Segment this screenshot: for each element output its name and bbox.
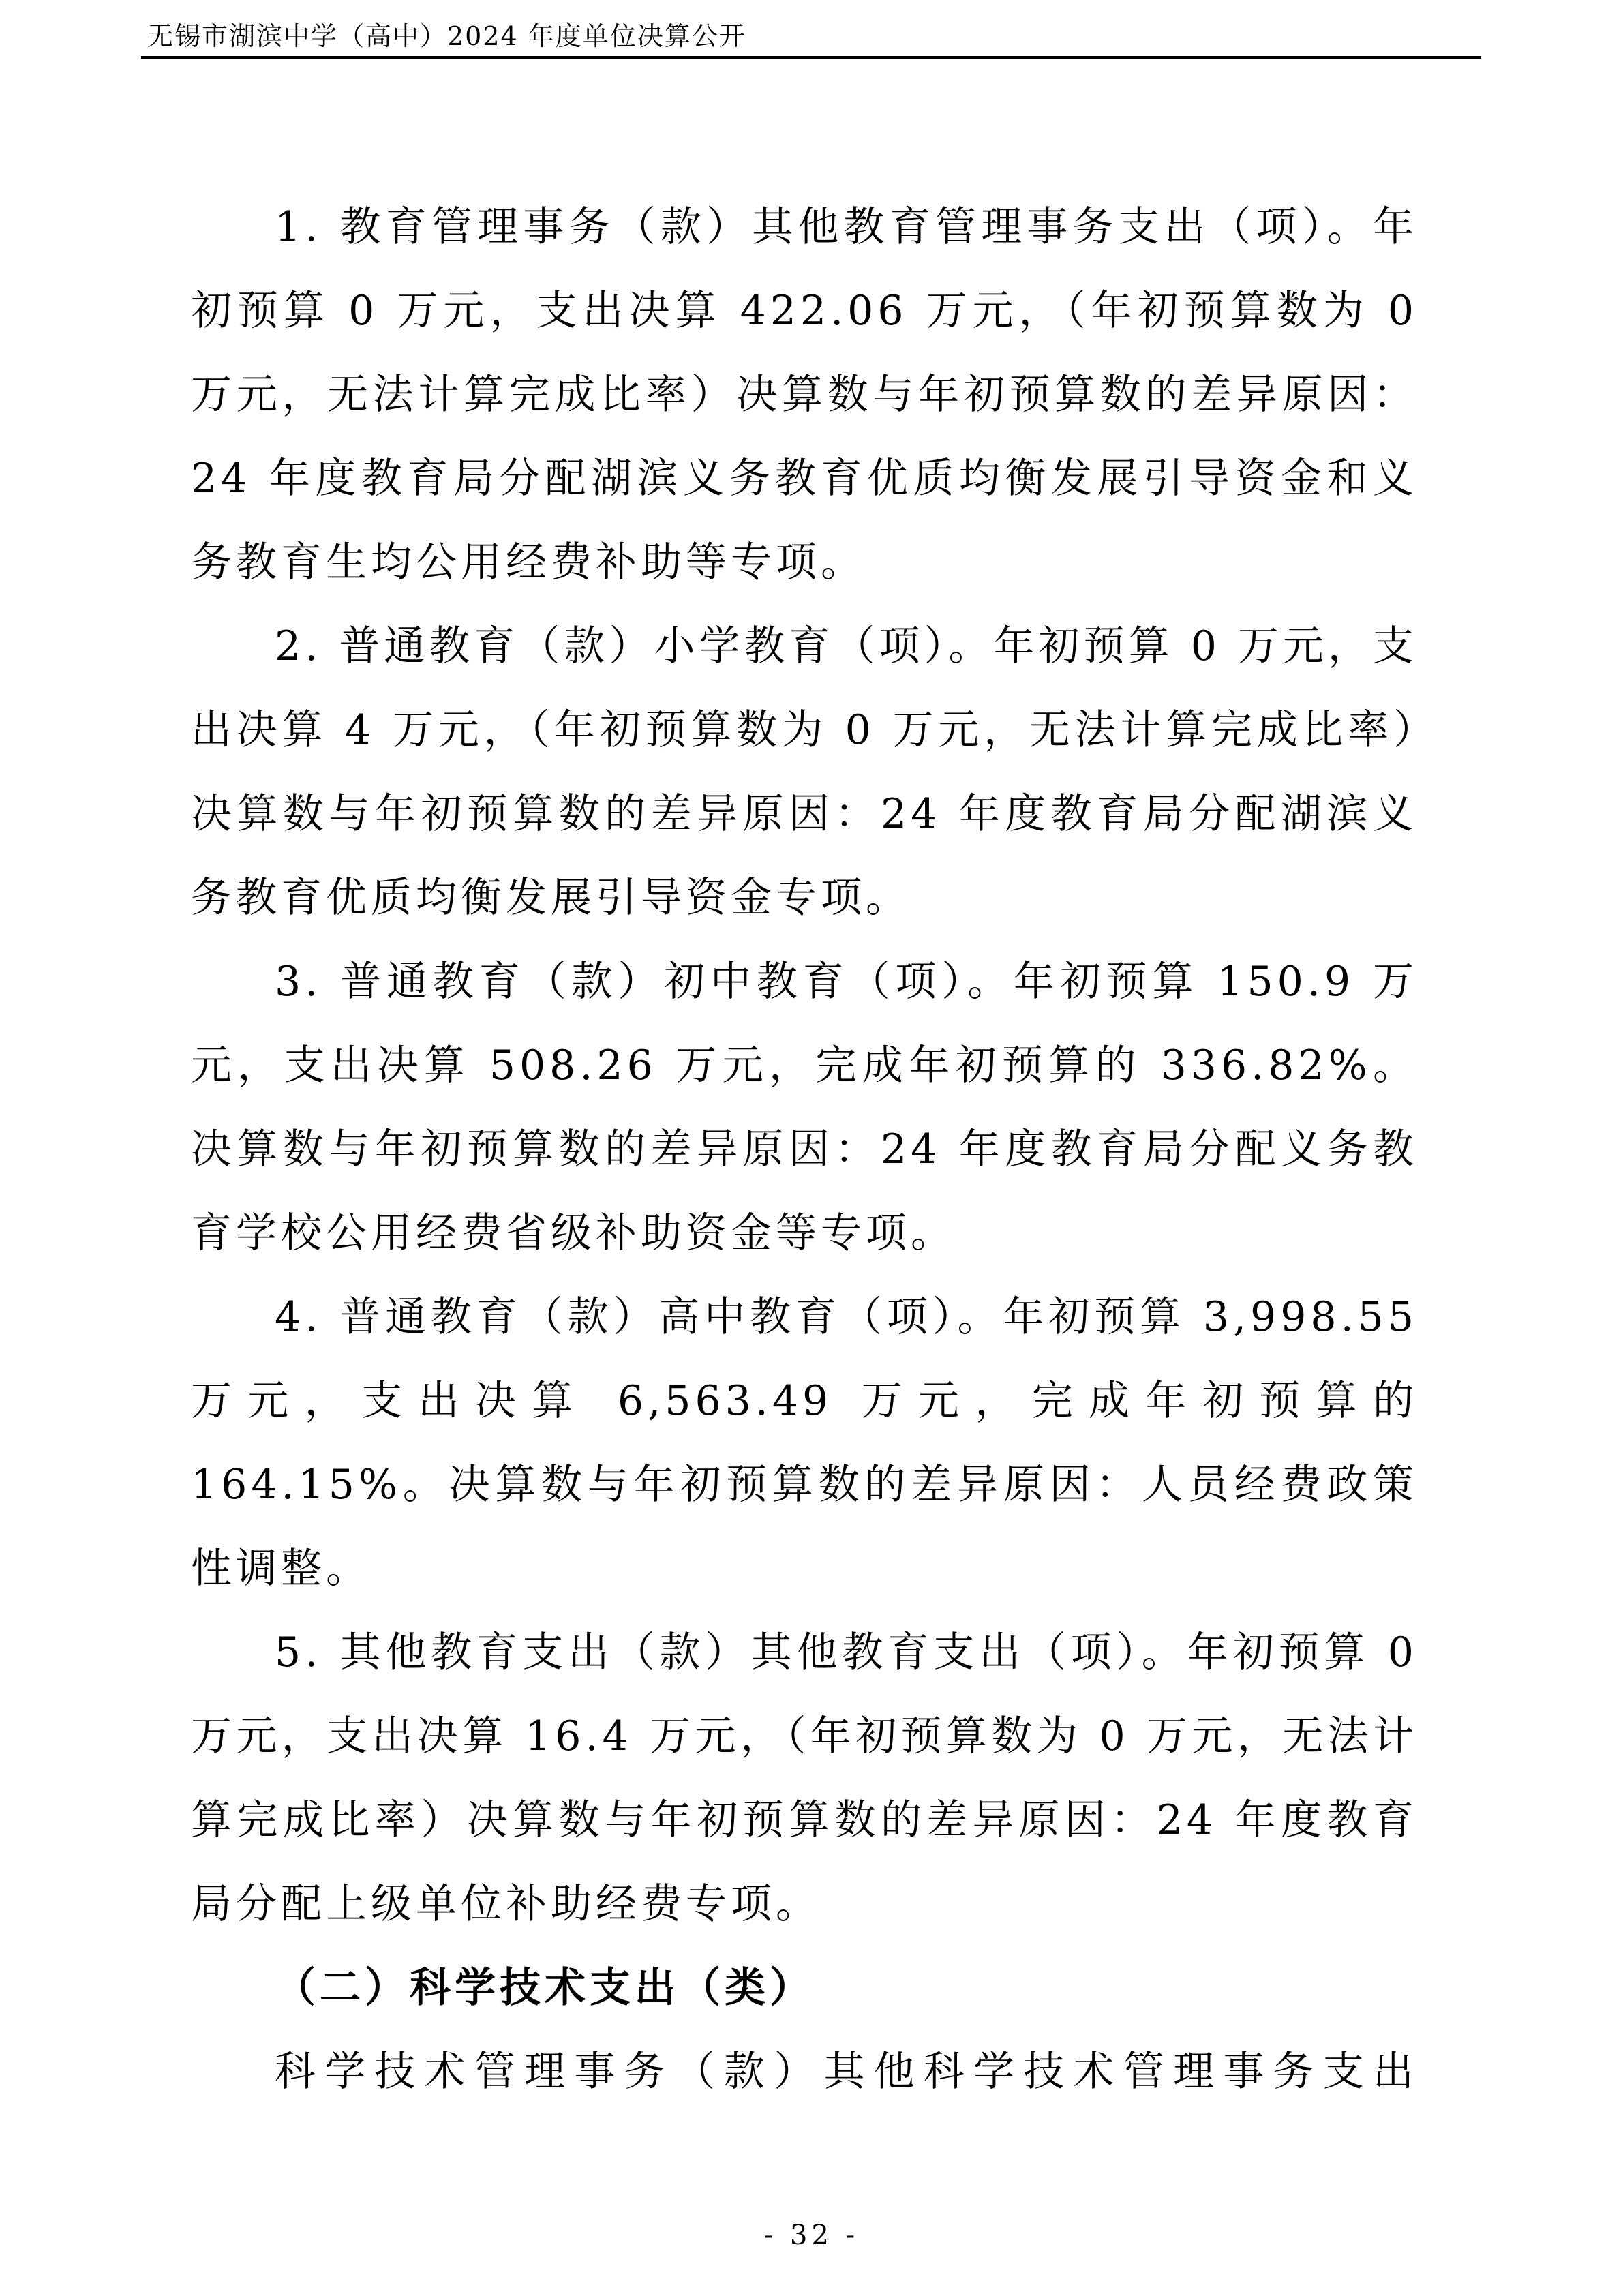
budget-item-1: 1. 教育管理事务（款）其他教育管理事务支出（项）。年初预算 0 万元，支出决算…: [191, 185, 1418, 605]
budget-item-3: 3. 普通教育（款）初中教育（项）。年初预算 150.9 万元，支出决算 508…: [191, 940, 1418, 1275]
header-rule: [141, 56, 1481, 59]
page-number: - 32 -: [0, 2220, 1623, 2251]
science-management-paragraph: 科学技术管理事务（款）其他科学技术管理事务支出: [191, 2030, 1418, 2114]
budget-item-4: 4. 普通教育（款）高中教育（项）。年初预算 3,998.55 万元，支出决算 …: [191, 1275, 1418, 1611]
document-body: 1. 教育管理事务（款）其他教育管理事务支出（项）。年初预算 0 万元，支出决算…: [191, 185, 1418, 2114]
document-page: 无锡市湖滨中学（高中）2024 年度单位决算公开 1. 教育管理事务（款）其他教…: [0, 0, 1623, 2296]
section-heading-science: （二）科学技术支出（类）: [191, 1946, 1418, 2030]
budget-item-5: 5. 其他教育支出（款）其他教育支出（项）。年初预算 0 万元，支出决算 16.…: [191, 1611, 1418, 1946]
budget-item-2: 2. 普通教育（款）小学教育（项）。年初预算 0 万元，支出决算 4 万元，（年…: [191, 605, 1418, 940]
page-header-title: 无锡市湖滨中学（高中）2024 年度单位决算公开: [147, 15, 746, 52]
